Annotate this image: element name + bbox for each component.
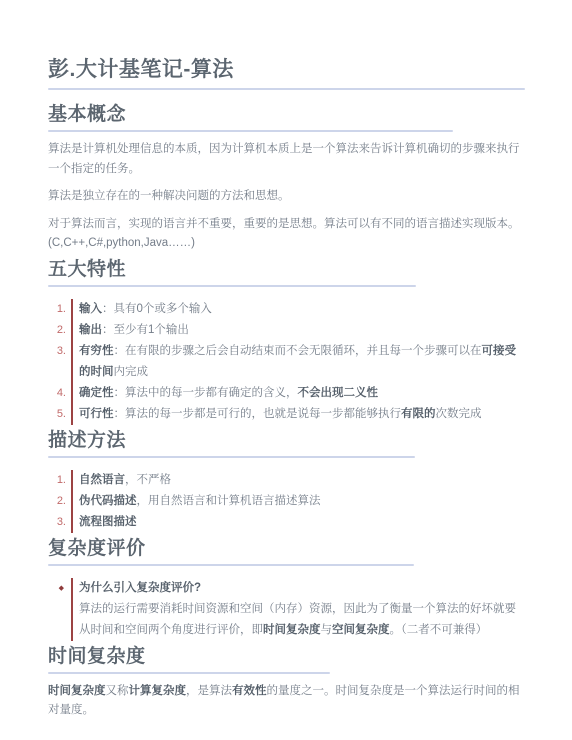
heading-underline (48, 672, 330, 674)
term: 有穷性 (79, 345, 114, 357)
list-item: 5. 可行性：算法的每一步都是可行的，也就是说每一步都能够执行有限的次数完成 (48, 404, 525, 425)
text-segment: ，不严格 (125, 474, 171, 486)
heading-basic-concepts: 基本概念 (48, 103, 525, 130)
text-segment: 与 (321, 624, 333, 636)
text-segment: 次数完成 (436, 408, 482, 420)
text-segment: ，用自然语言和计算机语言描述算法 (137, 495, 321, 507)
paragraph: 算法是独立存在的一种解决问题的方法和思想。 (48, 187, 525, 207)
heading-underline (48, 285, 416, 287)
heading-five-characteristics: 五大特性 (48, 258, 525, 285)
heading-underline (48, 130, 453, 132)
paragraph: 对于算法而言，实现的语言并不重要，重要的是思想。算法可以有不同的语言描述实现版本… (48, 215, 525, 254)
list-item-text: 流程图描述 (71, 512, 525, 533)
bold-segment: 时间复杂度 (263, 624, 321, 636)
term: 流程图描述 (79, 516, 137, 528)
complexity-bullet-list: ◆ 为什么引入复杂度评价?算法的运行需要消耗时间资源和空间（内存）资源，因此为了… (48, 578, 525, 641)
list-item: 1. 输入：具有0个或多个输入 (48, 299, 525, 320)
text-segment: 又称 (106, 685, 129, 697)
list-item-text: 可行性：算法的每一步都是可行的，也就是说每一步都能够执行有限的次数完成 (71, 404, 525, 425)
text-segment: ：在有限的步骤之后会自动结束而不会无限循环，并且每一个步骤可以在 (114, 345, 482, 357)
heading-description-methods: 描述方法 (48, 429, 525, 456)
section-time-complexity: 时间复杂度 时间复杂度又称计算复杂度，是算法有效性的量度之一。时间复杂度是一个算… (48, 645, 525, 721)
paragraph-text: 对于算法而言，实现的语言并不重要，重要的是思想。算法可以有不同的语言描述实现版本… (48, 218, 520, 230)
bold-segment: 计算复杂度 (129, 685, 187, 697)
heading-complexity-evaluation: 复杂度评价 (48, 537, 525, 564)
description-methods-list: 1. 自然语言，不严格 2. 伪代码描述，用自然语言和计算机语言描述算法 3. … (48, 470, 525, 533)
text-segment: ，是算法 (186, 685, 232, 697)
text-segment: ：算法的每一步都是可行的，也就是说每一步都能够执行 (114, 408, 402, 420)
list-item: 3. 流程图描述 (48, 512, 525, 533)
title-underline (48, 88, 525, 90)
list-item: 4. 确定性：算法中的每一步都有确定的含义，不会出现二义性 (48, 383, 525, 404)
section-basic-concepts: 基本概念 算法是计算机处理信息的本质，因为计算机本质上是一个算法来告诉计算机确切… (48, 103, 525, 254)
list-item-number: 5. (48, 404, 71, 425)
list-item-number: 4. (48, 383, 71, 404)
text-segment: 。（二者不可兼得） (390, 624, 488, 636)
list-item: 2. 伪代码描述，用自然语言和计算机语言描述算法 (48, 491, 525, 512)
list-item: 3. 有穷性：在有限的步骤之后会自动结束而不会无限循环，并且每一个步骤可以在可接… (48, 341, 525, 383)
term: 自然语言 (79, 474, 125, 486)
language-list-text: (C,C++,C#,python,Java……) (48, 237, 195, 249)
term: 可行性 (79, 408, 114, 420)
page-title: 彭.大计基笔记-算法 (48, 57, 525, 88)
term: 确定性 (79, 387, 114, 399)
text-segment: ：至少有1个输出 (102, 324, 189, 336)
bold-segment: 有效性 (232, 685, 267, 697)
section-complexity-evaluation: 复杂度评价 ◆ 为什么引入复杂度评价?算法的运行需要消耗时间资源和空间（内存）资… (48, 537, 525, 641)
diamond-bullet-icon: ◆ (48, 578, 71, 641)
bold-segment: 时间复杂度 (48, 685, 106, 697)
heading-underline (48, 564, 414, 566)
bold-segment: 空间复杂度 (332, 624, 390, 636)
section-five-characteristics: 五大特性 1. 输入：具有0个或多个输入 2. 输出：至少有1个输出 3. 有穷… (48, 258, 525, 425)
list-item-number: 1. (48, 470, 71, 491)
list-item-number: 3. (48, 341, 71, 383)
term: 输出 (79, 324, 102, 336)
list-item-text: 自然语言，不严格 (71, 470, 525, 491)
list-item-text: 输入：具有0个或多个输入 (71, 299, 525, 320)
question-bold-line: 为什么引入复杂度评价? (79, 582, 201, 594)
term: 伪代码描述 (79, 495, 137, 507)
list-item-text: 有穷性：在有限的步骤之后会自动结束而不会无限循环，并且每一个步骤可以在可接受的时… (71, 341, 525, 383)
list-item-number: 2. (48, 320, 71, 341)
heading-underline (48, 456, 415, 458)
section-description-methods: 描述方法 1. 自然语言，不严格 2. 伪代码描述，用自然语言和计算机语言描述算… (48, 429, 525, 533)
list-item: 2. 输出：至少有1个输出 (48, 320, 525, 341)
text-segment: 内完成 (114, 366, 149, 378)
paragraph: 时间复杂度又称计算复杂度，是算法有效性的量度之一。时间复杂度是一个算法运行时间的… (48, 682, 525, 721)
text-segment: ：算法中的每一步都有确定的含义， (114, 387, 298, 399)
list-item-number: 2. (48, 491, 71, 512)
list-item-text: 输出：至少有1个输出 (71, 320, 525, 341)
list-item: ◆ 为什么引入复杂度评价?算法的运行需要消耗时间资源和空间（内存）资源，因此为了… (48, 578, 525, 641)
bold-segment: 有限的 (401, 408, 436, 420)
list-item-text: 为什么引入复杂度评价?算法的运行需要消耗时间资源和空间（内存）资源，因此为了衡量… (71, 578, 525, 641)
document-page: 彭.大计基笔记-算法 基本概念 算法是计算机处理信息的本质，因为计算机本质上是一… (0, 0, 572, 740)
term: 输入 (79, 303, 102, 315)
list-item-text: 伪代码描述，用自然语言和计算机语言描述算法 (71, 491, 525, 512)
list-item-number: 1. (48, 299, 71, 320)
bold-segment: 不会出现二义性 (298, 387, 379, 399)
list-item-number: 3. (48, 512, 71, 533)
heading-time-complexity: 时间复杂度 (48, 645, 525, 672)
five-characteristics-list: 1. 输入：具有0个或多个输入 2. 输出：至少有1个输出 3. 有穷性：在有限… (48, 299, 525, 425)
list-item: 1. 自然语言，不严格 (48, 470, 525, 491)
text-segment: ：具有0个或多个输入 (102, 303, 212, 315)
list-item-text: 确定性：算法中的每一步都有确定的含义，不会出现二义性 (71, 383, 525, 404)
paragraph: 算法是计算机处理信息的本质，因为计算机本质上是一个算法来告诉计算机确切的步骤来执… (48, 140, 525, 179)
